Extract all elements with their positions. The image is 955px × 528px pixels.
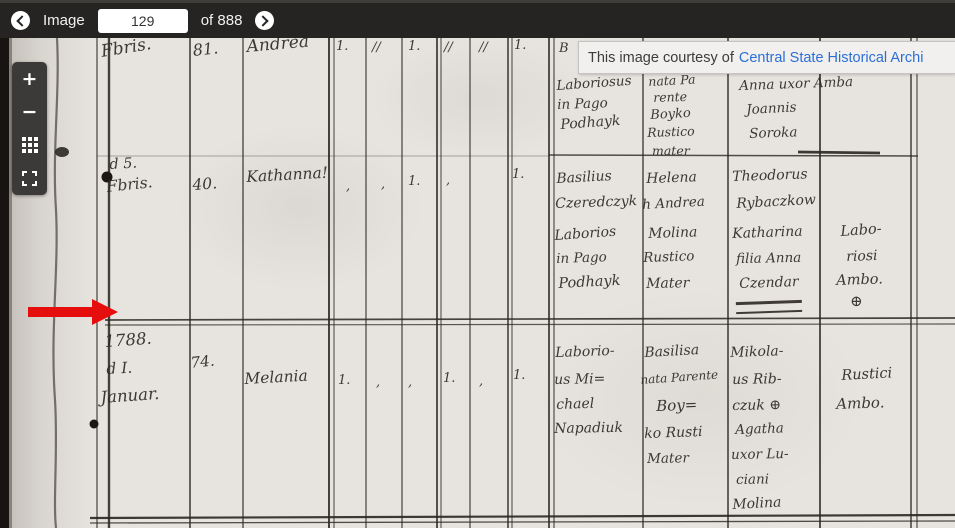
hw-mother: nata Pa <box>648 74 696 89</box>
hw-tally: , <box>346 180 350 193</box>
hw-tally: 1. <box>338 374 350 387</box>
viewer-controls-panel: + − <box>12 62 47 195</box>
hw-sponsor: us Rib- <box>732 372 782 387</box>
chevron-right-icon <box>255 11 274 30</box>
hw-tally: , <box>381 178 385 191</box>
hw-mother: Molina <box>648 225 698 241</box>
hw-entry-number: 40. <box>192 176 218 193</box>
hw-sponsor: ciani <box>736 473 769 487</box>
hw-entry-number: 81. <box>192 40 219 59</box>
hw-sponsor: Rybaczkow <box>736 193 816 211</box>
image-viewer-screen: Fbris. 81. Andrea 1. // 1. // // 1. B La… <box>0 0 955 528</box>
hw-sponsor: Anna uxor Amba <box>739 76 853 93</box>
hw-father: B <box>559 42 569 55</box>
hw-sponsor: Czendar <box>739 275 799 291</box>
hw-sponsor: Katharina <box>732 225 803 241</box>
hw-mother: ko Rusti <box>644 425 703 441</box>
hw-father: Podhayk <box>558 274 621 292</box>
hw-father: chael <box>556 397 594 412</box>
hw-tally: 1. <box>443 372 455 385</box>
viewer-toolbar: Image of 888 <box>0 0 955 38</box>
hw-father: Basilius <box>556 169 612 186</box>
image-label: Image <box>43 12 85 29</box>
handwriting-layer: Fbris. 81. Andrea 1. // 1. // // 1. B La… <box>0 0 955 528</box>
hw-tally: 1. <box>513 369 525 382</box>
fullscreen-icon <box>22 171 37 186</box>
hw-tally: , <box>479 375 483 388</box>
hw-tally: , <box>446 174 450 187</box>
image-number-input[interactable] <box>98 9 188 33</box>
hw-sponsor: filia Anna <box>736 252 801 267</box>
hw-sponsor: czuk ⊕ <box>732 398 781 413</box>
hw-father: Laboriosus <box>556 75 632 94</box>
hw-mother: h Andrea <box>642 196 705 213</box>
hw-sponsor: Joannis <box>746 101 797 117</box>
hw-mother: Helena <box>646 170 697 186</box>
hw-tally: // <box>444 41 453 54</box>
prev-image-button[interactable] <box>11 11 30 30</box>
hw-father: Laborio- <box>555 344 615 360</box>
hw-mother: Rustico <box>647 125 695 139</box>
hw-residence: Labo- <box>840 222 882 239</box>
hw-father: Czeredczyk <box>555 194 637 211</box>
hw-date: d I. <box>106 361 133 378</box>
hw-tally: 1. <box>336 40 348 53</box>
hw-tally: // <box>372 41 381 54</box>
hw-father: in Pago <box>556 251 607 266</box>
crossed-out-word <box>736 300 802 314</box>
hw-mother: Basilisa <box>644 343 699 360</box>
hw-residence: Rustici <box>841 366 893 383</box>
hw-sponsor: Soroka <box>749 126 798 141</box>
zoom-in-button[interactable]: + <box>12 62 47 95</box>
hw-father: Laborios <box>554 225 617 243</box>
hw-residence: Ambo. <box>836 395 885 412</box>
hw-tally: , <box>376 376 380 389</box>
next-image-button[interactable] <box>255 11 274 30</box>
hw-tally: 1. <box>512 168 524 181</box>
archive-link[interactable]: Central State Historical Archi <box>739 50 924 66</box>
hw-date: Januar. <box>100 386 160 407</box>
hw-mother: Mater <box>647 452 689 466</box>
hw-mother: nata Parente <box>640 369 719 386</box>
hw-child-name: Melania <box>244 369 308 388</box>
hw-residence: riosi <box>846 249 878 264</box>
hw-mother: Boy= <box>656 398 698 414</box>
hw-father: Napadiuk <box>554 421 623 436</box>
grid-view-button[interactable] <box>12 129 47 162</box>
hw-sponsor: Mikola- <box>730 344 784 360</box>
hw-date: 1788. <box>104 331 152 351</box>
courtesy-tooltip: This image courtesy of Central State His… <box>578 41 955 74</box>
hw-tally: // <box>479 41 488 54</box>
hw-date: Fbris. <box>100 36 152 61</box>
hw-date: Fbris. <box>106 175 153 195</box>
hw-father: Podhayk <box>560 114 621 132</box>
hw-residence: Ambo. <box>836 272 883 288</box>
hw-mother: rente <box>653 91 687 105</box>
fullscreen-button[interactable] <box>12 162 47 195</box>
chevron-left-icon <box>11 11 30 30</box>
hw-mother: Mater <box>646 276 690 291</box>
hw-mother: Rustico <box>643 250 695 265</box>
hw-father: us Mi= <box>554 372 605 387</box>
zoom-out-button[interactable]: − <box>12 95 47 128</box>
hw-mother: Boyko <box>650 107 691 122</box>
hw-tally: , <box>408 376 412 389</box>
hw-sponsor: Molina <box>732 495 782 512</box>
hw-sponsor: uxor Lu- <box>731 448 789 462</box>
hw-tally: 1. <box>408 40 420 53</box>
hw-date: d 5. <box>109 157 137 173</box>
courtesy-text: This image courtesy of <box>588 50 734 66</box>
hw-tally: 1. <box>514 39 526 52</box>
hw-father: in Pago <box>557 97 608 112</box>
hw-tally: 1. <box>408 175 420 188</box>
hw-sponsor: Agatha <box>735 422 784 437</box>
hw-child-name: Kathanna! <box>246 166 328 186</box>
hw-entry-number: 74. <box>190 354 215 371</box>
hw-mother: mater <box>652 145 690 158</box>
hw-sponsor: Theodorus <box>732 167 808 184</box>
image-total-label: of 888 <box>201 12 243 29</box>
grid-icon <box>22 137 26 141</box>
hw-flourish: ⊕ <box>850 294 863 309</box>
